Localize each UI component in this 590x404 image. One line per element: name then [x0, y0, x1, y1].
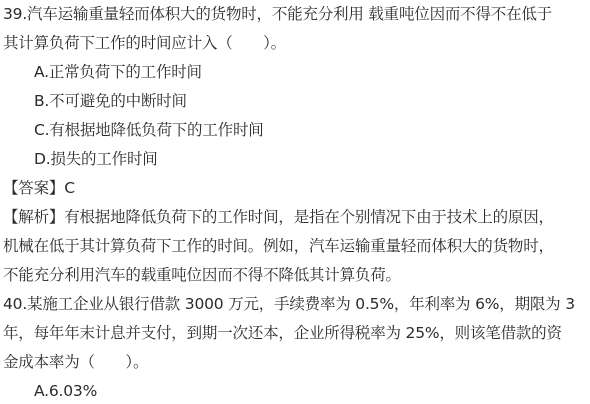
question-39-option-d: D.损失的工作时间 [34, 149, 158, 169]
question-39-analysis-line-2: 机械在低于其计算负荷下工作的时间。例如，汽车运输重量轻而体积大的货物时， [3, 236, 554, 256]
question-39-option-b: B.不可避免的中断时间 [34, 91, 187, 111]
question-39-analysis-line-1: 【解析】有根据地降低负荷下的工作时间，是指在个别情况下由于技术上的原因， [3, 207, 554, 227]
question-39-analysis-line-3: 不能充分利用汽车的载重吨位因而不得不降低其计算负荷。 [3, 265, 401, 285]
question-39-answer: 【答案】C [3, 178, 75, 198]
question-40-stem-line-1: 40.某施工企业从银行借款 3000 万元，手续费率为 0.5%，年利率为 6%… [3, 294, 575, 314]
question-39-stem-line-1: 39.汽车运输重量轻而体积大的货物时，不能充分利用 载重吨位因而不得不在低于 [3, 4, 552, 24]
question-40-option-a: A.6.03% [34, 381, 97, 401]
question-39-stem-line-2: 其计算负荷下工作的时间应计入（ ）。 [3, 33, 286, 53]
question-39-option-a: A.正常负荷下的工作时间 [34, 62, 202, 82]
question-40-stem-line-2: 年，每年年末计息并支付，到期一次还本，企业所得税率为 25%，则该笔借款的资 [3, 323, 562, 343]
question-39-option-c: C.有根据地降低负荷下的工作时间 [34, 120, 264, 140]
question-40-stem-line-3: 金成本率为（ ）。 [3, 352, 148, 372]
